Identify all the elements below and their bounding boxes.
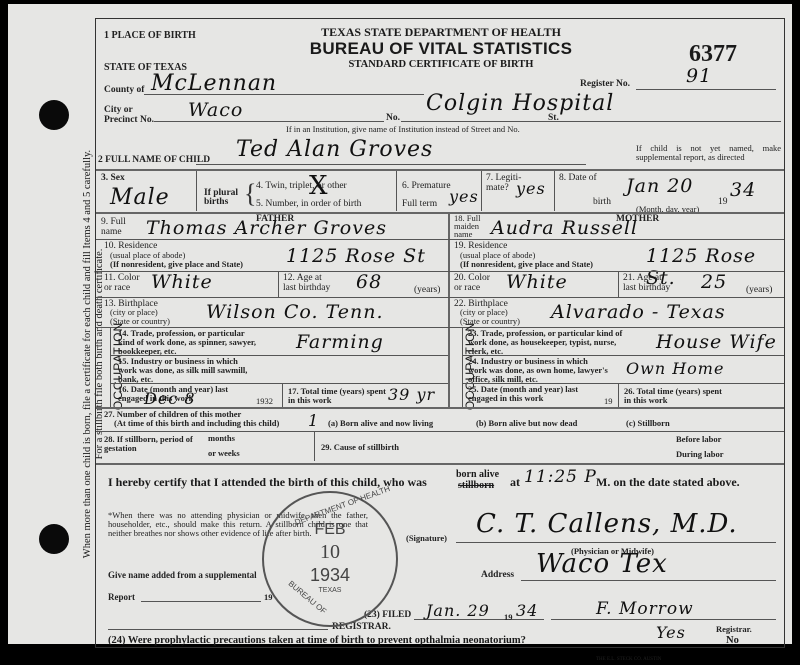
prophylactic-no-label: No: [726, 635, 739, 646]
register-value[interactable]: 91: [686, 65, 712, 87]
punch-hole-top: [39, 100, 69, 130]
filed-year-value[interactable]: 34: [516, 601, 538, 620]
form-title: STANDARD CERTIFICATE OF BIRTH: [276, 59, 606, 70]
stillborn-label: (c) Stillborn: [626, 419, 670, 428]
during-labor-label: During labor: [676, 450, 723, 459]
gestation-label: 28. If stillborn, period of gestation: [104, 435, 204, 453]
mother-birthplace-value[interactable]: Alvarado - Texas: [551, 301, 726, 323]
mother-age-label: 21. Age at last birthday: [623, 273, 670, 293]
place-of-birth-label: 1 PLACE OF BIRTH: [104, 31, 196, 41]
children-count-value[interactable]: 1: [308, 411, 319, 430]
city-value[interactable]: Waco: [188, 99, 243, 121]
order-label: 5. Number, in order of birth: [256, 199, 361, 209]
supplemental-label: Give name added from a supplemental: [108, 571, 257, 580]
stillborn-struck-label: stillborn: [458, 480, 494, 491]
bureau-title: BUREAU OF VITAL STATISTICS: [276, 39, 606, 59]
born-alive-living-label: (a) Born alive and now living: [328, 419, 433, 428]
stamp-month: FEB: [264, 521, 396, 539]
father-color-label: 11. Color or race: [104, 273, 140, 293]
certificate-number: 6377: [689, 41, 737, 68]
dob-label-line2: birth: [593, 197, 611, 207]
born-alive-dead-label: (b) Born alive but now dead: [476, 419, 577, 428]
registrar-signature[interactable]: F. Morrow: [596, 599, 694, 619]
county-label: County of: [104, 85, 144, 95]
mother-total-time-label: 26. Total time (years) spent in this wor…: [624, 387, 724, 405]
children-count-sub: (At time of this birth and including thi…: [114, 419, 279, 428]
child-name-value[interactable]: Ted Alan Groves: [236, 137, 433, 162]
time-suffix: M. on the date stated above.: [596, 475, 740, 490]
cause-stillbirth-label: 29. Cause of stillbirth: [321, 443, 399, 452]
dob-label-line1: 8. Date of: [559, 173, 597, 183]
father-trade-value[interactable]: Farming: [296, 331, 384, 353]
physician-signature[interactable]: C. T. Callens, M.D.: [476, 509, 738, 539]
mother-trade-label: 23. Trade, profession, or particular kin…: [468, 329, 628, 356]
mother-last-date-year[interactable]: 19: [604, 397, 613, 406]
address-value[interactable]: Waco Tex: [536, 549, 668, 579]
printer-mark: THE E.L. STECK CO. AUSTIN: [596, 655, 661, 664]
stamp-year: 1934: [264, 565, 396, 586]
address-label: Address: [481, 571, 514, 580]
at-label: at: [510, 475, 520, 490]
institution-note: If in an Institution, give name of Insti…: [286, 125, 520, 134]
father-color-value[interactable]: White: [151, 271, 213, 293]
birth-certificate-form: 1 PLACE OF BIRTH TEXAS STATE DEPARTMENT …: [95, 18, 785, 648]
no-label: No.: [386, 113, 400, 123]
father-total-time-value[interactable]: 39 yr: [388, 385, 435, 404]
department-title: TEXAS STATE DEPARTMENT OF HEALTH: [276, 25, 606, 40]
father-age-label: 12. Age at last birthday: [283, 273, 330, 293]
before-labor-label: Before labor: [676, 435, 721, 444]
mother-last-date-label: 25. Date (month and year) last engaged i…: [468, 385, 608, 403]
stamp-day: 10: [264, 541, 396, 564]
sex-label: 3. Sex: [101, 173, 125, 183]
father-name-value[interactable]: Thomas Archer Groves: [146, 217, 387, 239]
report-label: Report: [108, 593, 135, 602]
institution-value[interactable]: Colgin Hospital: [426, 91, 614, 116]
received-date-stamp: DEPARTMENT OF HEALTH FEB 10 1934 TEXAS B…: [262, 491, 398, 627]
months-label: months: [208, 434, 235, 443]
father-name-label: 9. Full name: [101, 217, 126, 237]
mother-name-value[interactable]: Audra Russell: [491, 217, 638, 239]
punch-hole-bottom: [39, 524, 69, 554]
mother-age-value[interactable]: 25: [701, 271, 727, 293]
mother-trade-value[interactable]: House Wife: [656, 331, 777, 353]
father-industry-label: 15. Industry or business in which work w…: [118, 357, 258, 384]
prophylactic-question: (24) Were prophylactic precautions taken…: [108, 635, 526, 646]
twin-label: 4. Twin, triplet, or other: [256, 181, 347, 191]
mother-residence-sub2: (If nonresident, give place and State): [460, 260, 593, 269]
full-term-label: Full term: [402, 199, 437, 209]
mother-industry-value[interactable]: Own Home: [626, 359, 724, 378]
mother-color-value[interactable]: White: [506, 271, 568, 293]
register-label: Register No.: [580, 79, 630, 89]
stamp-state: TEXAS: [264, 587, 396, 594]
father-residence-sub2: (If nonresident, give place and State): [110, 260, 243, 269]
sex-value[interactable]: Male: [110, 185, 170, 210]
filed-date-value[interactable]: Jan. 29: [426, 601, 490, 620]
signature-label: (Signature): [406, 534, 447, 543]
city-label: City or Precinct No.: [104, 105, 154, 125]
full-term-value[interactable]: yes: [449, 187, 479, 206]
mother-name-label: 18. Full maiden name: [454, 214, 480, 238]
father-age-unit: (years): [414, 285, 440, 295]
filed-year-prefix: 19: [504, 613, 513, 622]
child-name-note: If child is not yet named, make suppleme…: [636, 144, 781, 162]
weeks-label: or weeks: [208, 449, 240, 458]
father-total-time-label: 17. Total time (years) spent in this wor…: [288, 387, 388, 405]
prophylactic-yes-value[interactable]: Yes: [656, 623, 686, 642]
child-name-label: 2 FULL NAME OF CHILD: [98, 155, 210, 165]
father-trade-label: 14. Trade, profession, or particular kin…: [118, 329, 258, 356]
premature-label: 6. Premature: [402, 181, 451, 191]
father-birthplace-value[interactable]: Wilson Co. Tenn.: [206, 301, 384, 323]
dob-year-value[interactable]: 34: [730, 179, 756, 201]
born-alive-label: born alive: [456, 469, 499, 480]
father-last-date-value[interactable]: Dec 8: [144, 389, 196, 408]
father-residence-value[interactable]: 1125 Rose St: [286, 245, 426, 267]
dob-value[interactable]: Jan 20: [626, 175, 693, 197]
registrar-label-right: Registrar.: [716, 625, 752, 634]
legitimate-value[interactable]: yes: [516, 179, 546, 198]
dob-year-prefix: 19: [718, 197, 728, 207]
mother-industry-label: 24. Industry or business in which work w…: [468, 357, 608, 384]
twin-value[interactable]: X: [309, 171, 329, 201]
st-label: St.: [548, 113, 559, 123]
mother-age-unit: (years): [746, 285, 772, 295]
plural-births-label: If plural births: [204, 189, 244, 207]
father-last-date-year[interactable]: 1932: [256, 397, 273, 406]
birth-time-value[interactable]: 11:25 P: [524, 467, 597, 487]
mother-color-label: 20. Color or race: [454, 273, 490, 293]
side-instruction-line1: When more than one child is born, file a…: [82, 150, 94, 558]
father-age-value[interactable]: 68: [356, 271, 382, 293]
county-value[interactable]: McLennan: [151, 71, 277, 96]
